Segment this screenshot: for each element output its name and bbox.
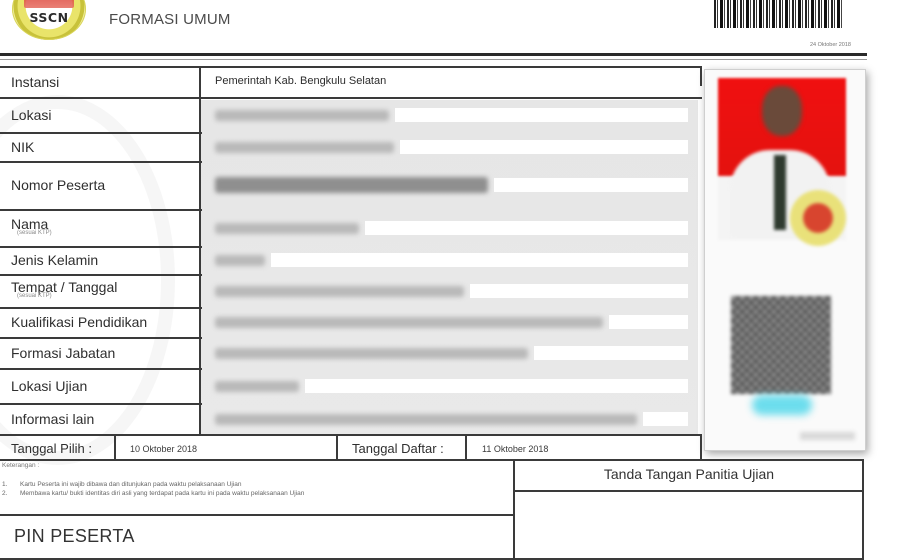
grid-line [0, 459, 864, 461]
redacted-value [215, 348, 528, 359]
print-date: 24 Oktober 2018 [810, 42, 851, 48]
redacted-value [215, 317, 603, 328]
header-divider-thin [0, 59, 867, 60]
grid-line [0, 161, 202, 163]
grid-line [514, 490, 864, 492]
redacted-row [534, 346, 688, 360]
grid-line [0, 434, 702, 436]
grid-line [465, 434, 467, 460]
instansi-value: Pemerintah Kab. Bengkulu Selatan [215, 75, 386, 87]
grid-line [114, 434, 116, 460]
redacted-value [215, 110, 389, 121]
grid-line [0, 307, 202, 309]
panel-footer-redacted [800, 432, 855, 440]
redacted-row [365, 221, 688, 235]
grid-line [0, 66, 702, 68]
field-note: (sesuai KTP) [17, 230, 52, 236]
card-subtitle: FORMASI UMUM [109, 11, 231, 28]
tanggal-daftar-label: Tanggal Daftar : [352, 441, 444, 456]
header-divider [0, 53, 867, 56]
grid-line [0, 368, 202, 370]
redacted-row [470, 284, 689, 298]
field-label: Lokasi Ujian [11, 378, 87, 394]
qr-caption-redacted [752, 395, 812, 415]
grid-line [0, 514, 514, 516]
photo-stamp-icon [790, 190, 846, 246]
grid-line [862, 459, 864, 560]
redacted-value [215, 255, 265, 266]
redacted-value [215, 223, 359, 234]
grid-line [0, 274, 202, 276]
notes-title: Keterangan : [2, 462, 39, 469]
redacted-row [609, 315, 688, 329]
field-label: Jenis Kelamin [11, 252, 98, 268]
note-item: 2.Membawa kartu/ bukti identitas diri as… [2, 490, 304, 497]
pin-peserta-label: PIN PESERTA [14, 526, 135, 547]
grid-line [199, 66, 201, 436]
photo-tie [774, 155, 786, 230]
grid-line [700, 434, 702, 460]
tanggal-daftar-value: 11 Oktober 2018 [482, 444, 548, 454]
field-label: Nomor Peserta [11, 177, 105, 193]
grid-line [336, 434, 338, 460]
redacted-value [215, 177, 488, 193]
note-item: 1.Kartu Peserta ini wajib dibawa dan dit… [2, 481, 242, 488]
field-label: Nama(sesuai KTP) [11, 216, 52, 236]
grid-line [513, 459, 515, 560]
grid-line [0, 246, 202, 248]
tanggal-pilih-label: Tanggal Pilih : [11, 441, 92, 456]
field-note: (sesuai KTP) [17, 293, 117, 299]
redacted-value [215, 414, 637, 425]
grid-line [0, 97, 202, 99]
grid-line [200, 97, 702, 99]
field-label: Informasi lain [11, 411, 94, 427]
grid-line [0, 209, 202, 211]
redacted-row [400, 140, 688, 154]
redacted-row [643, 412, 688, 426]
field-label: Instansi [11, 74, 59, 90]
logo-flag-icon [24, 0, 74, 8]
qr-code-icon [731, 296, 831, 394]
photo-head [762, 86, 802, 136]
field-label: Formasi Jabatan [11, 345, 115, 361]
field-label: NIK [11, 139, 34, 155]
redacted-row [271, 253, 688, 267]
field-label: Kualifikasi Pendidikan [11, 314, 147, 330]
redacted-row [395, 108, 688, 122]
field-label: Tempat / Tanggal(sesuai KTP) [11, 279, 117, 299]
field-label: Lokasi [11, 107, 51, 123]
redacted-value [215, 142, 394, 153]
redacted-row [494, 178, 688, 192]
signature-label: Tanda Tangan Panitia Ujian [515, 466, 863, 482]
grid-line [0, 403, 202, 405]
redacted-value [215, 381, 299, 392]
tanggal-pilih-value: 10 Oktober 2018 [130, 444, 197, 454]
redacted-row [305, 379, 688, 393]
logo-text: SSCN [22, 10, 76, 25]
grid-line [0, 337, 202, 339]
redacted-value [215, 286, 464, 297]
grid-line [700, 66, 702, 86]
grid-line [0, 132, 202, 134]
barcode-icon [714, 0, 844, 28]
redacted-values-area [201, 100, 698, 434]
